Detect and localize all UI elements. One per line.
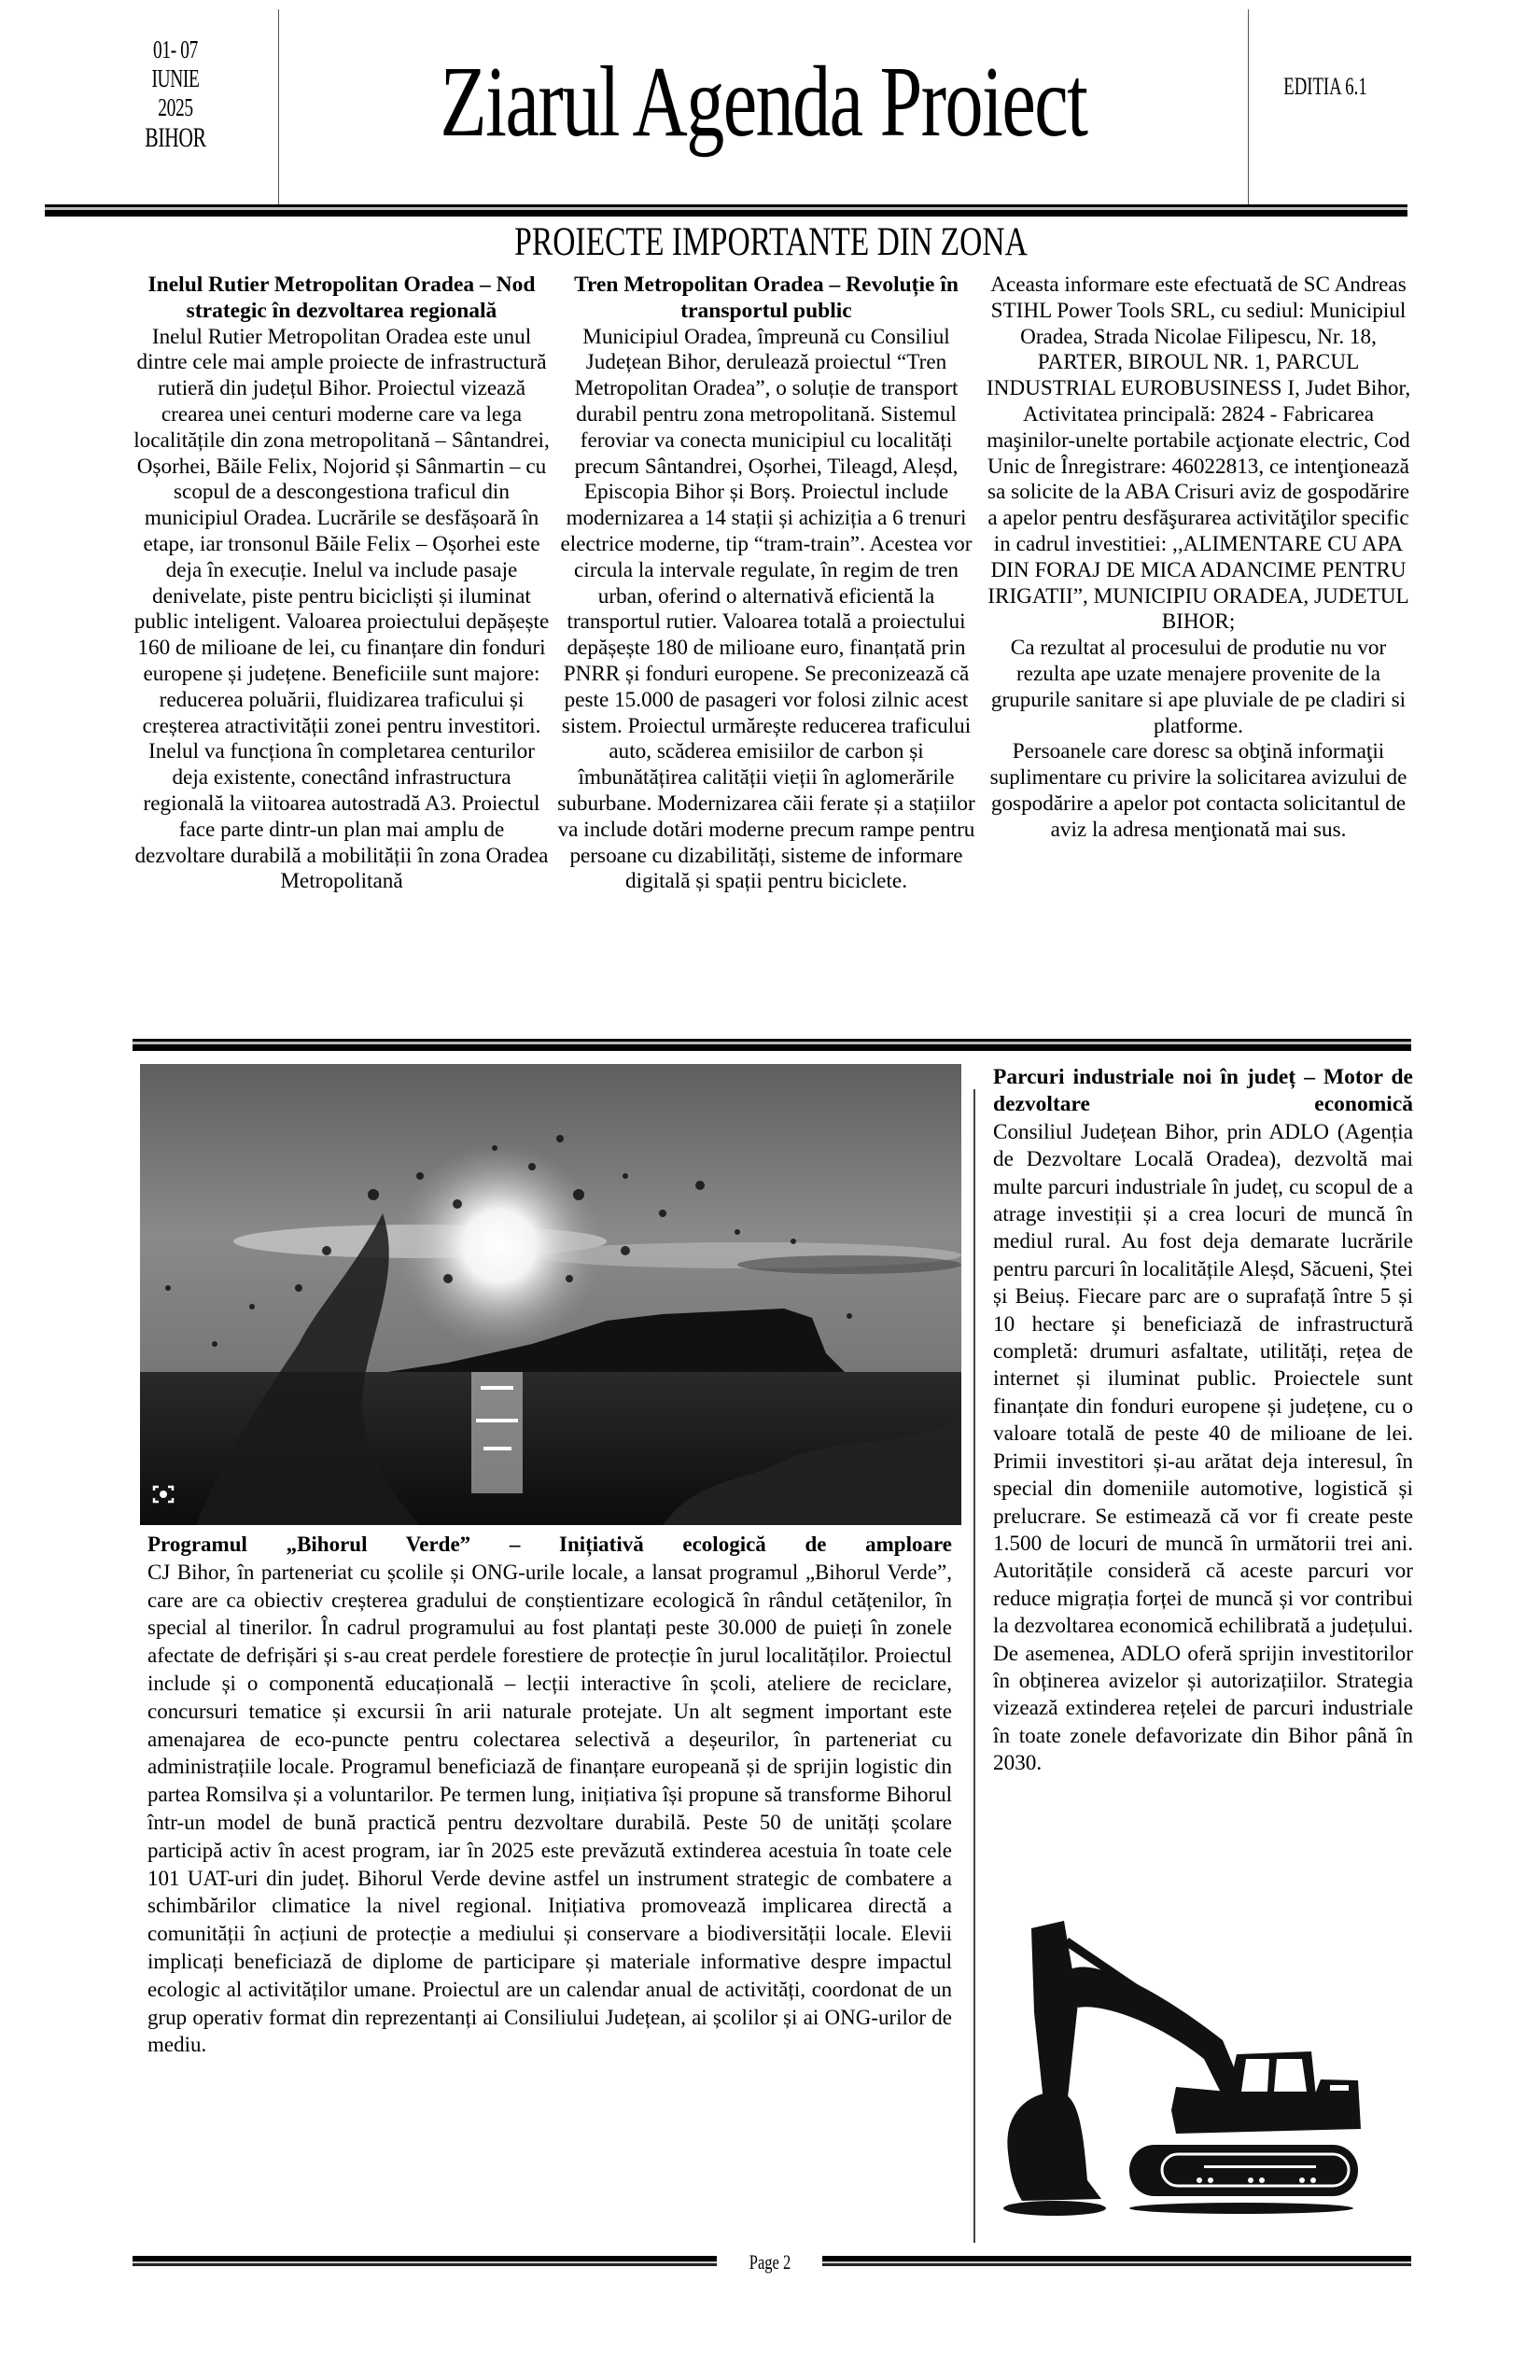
- article-body: Inelul Rutier Metropolitan Oradea este u…: [133, 325, 551, 896]
- footer-rule-right: [822, 2256, 1411, 2268]
- column-divider: [973, 1089, 975, 2243]
- excavator-icon: [989, 1900, 1363, 2227]
- edition-label: EDITIA 6.1: [1275, 73, 1376, 101]
- article-informare-aviz: Aceasta informare este efectuată de SC A…: [980, 273, 1417, 844]
- section-title: PROIECTE IMPORTANTE DIN ZONA: [279, 220, 1264, 265]
- footer-rule-left: [133, 2256, 717, 2268]
- photo-graphic: [140, 1064, 961, 1525]
- page-number: Page 2: [738, 2250, 803, 2275]
- article-headline: Programul „Bihorul Verde” – Inițiativă e…: [147, 1531, 952, 1559]
- issue-year: 2025: [115, 93, 236, 122]
- columns-divider-rule: [133, 1039, 1411, 1052]
- issue-date-range: 01- 07: [115, 35, 236, 64]
- lens-icon[interactable]: [151, 1482, 175, 1506]
- article-inelul-rutier: Inelul Rutier Metropolitan Oradea – Nod …: [133, 273, 551, 895]
- article-bihorul-verde: Programul „Bihorul Verde” – Inițiativă e…: [147, 1531, 952, 2059]
- masthead-divider-left: [278, 9, 279, 205]
- newspaper-title: Ziarul Agenda Proiect: [396, 47, 1130, 159]
- masthead-rule: [133, 204, 1407, 217]
- article-headline: Parcuri industriale noi în județ – Motor…: [993, 1064, 1413, 1119]
- notice-paragraph-waste: Ca rezultat al procesului de produtie nu…: [980, 636, 1417, 739]
- issue-month: IUNIE: [115, 64, 236, 93]
- article-tren-metropolitan: Tren Metropolitan Oradea – Revoluție în …: [549, 273, 984, 895]
- page-footer: Page 2: [133, 2252, 1411, 2271]
- article-headline: Tren Metropolitan Oradea – Revoluție în …: [549, 273, 984, 325]
- article-body: Municipiul Oradea, împreună cu Consiliul…: [549, 325, 984, 896]
- notice-paragraph-contact: Persoanele care doresc sa obţină informa…: [980, 739, 1417, 843]
- sea-splash-photo: [140, 1064, 961, 1525]
- issue-region: BIHOR: [115, 122, 236, 154]
- article-body: CJ Bihor, în parteneriat cu școlile și O…: [147, 1559, 952, 2059]
- issue-date-block: 01- 07 IUNIE 2025 BIHOR: [91, 35, 259, 203]
- masthead-divider-right: [1248, 9, 1249, 205]
- notice-paragraph-company: Aceasta informare este efectuată de SC A…: [980, 273, 1417, 636]
- article-parcuri-industriale: Parcuri industriale noi în județ – Motor…: [993, 1064, 1413, 1778]
- article-body: Consiliul Județean Bihor, prin ADLO (Age…: [993, 1119, 1413, 1778]
- article-headline: Inelul Rutier Metropolitan Oradea – Nod …: [133, 273, 551, 325]
